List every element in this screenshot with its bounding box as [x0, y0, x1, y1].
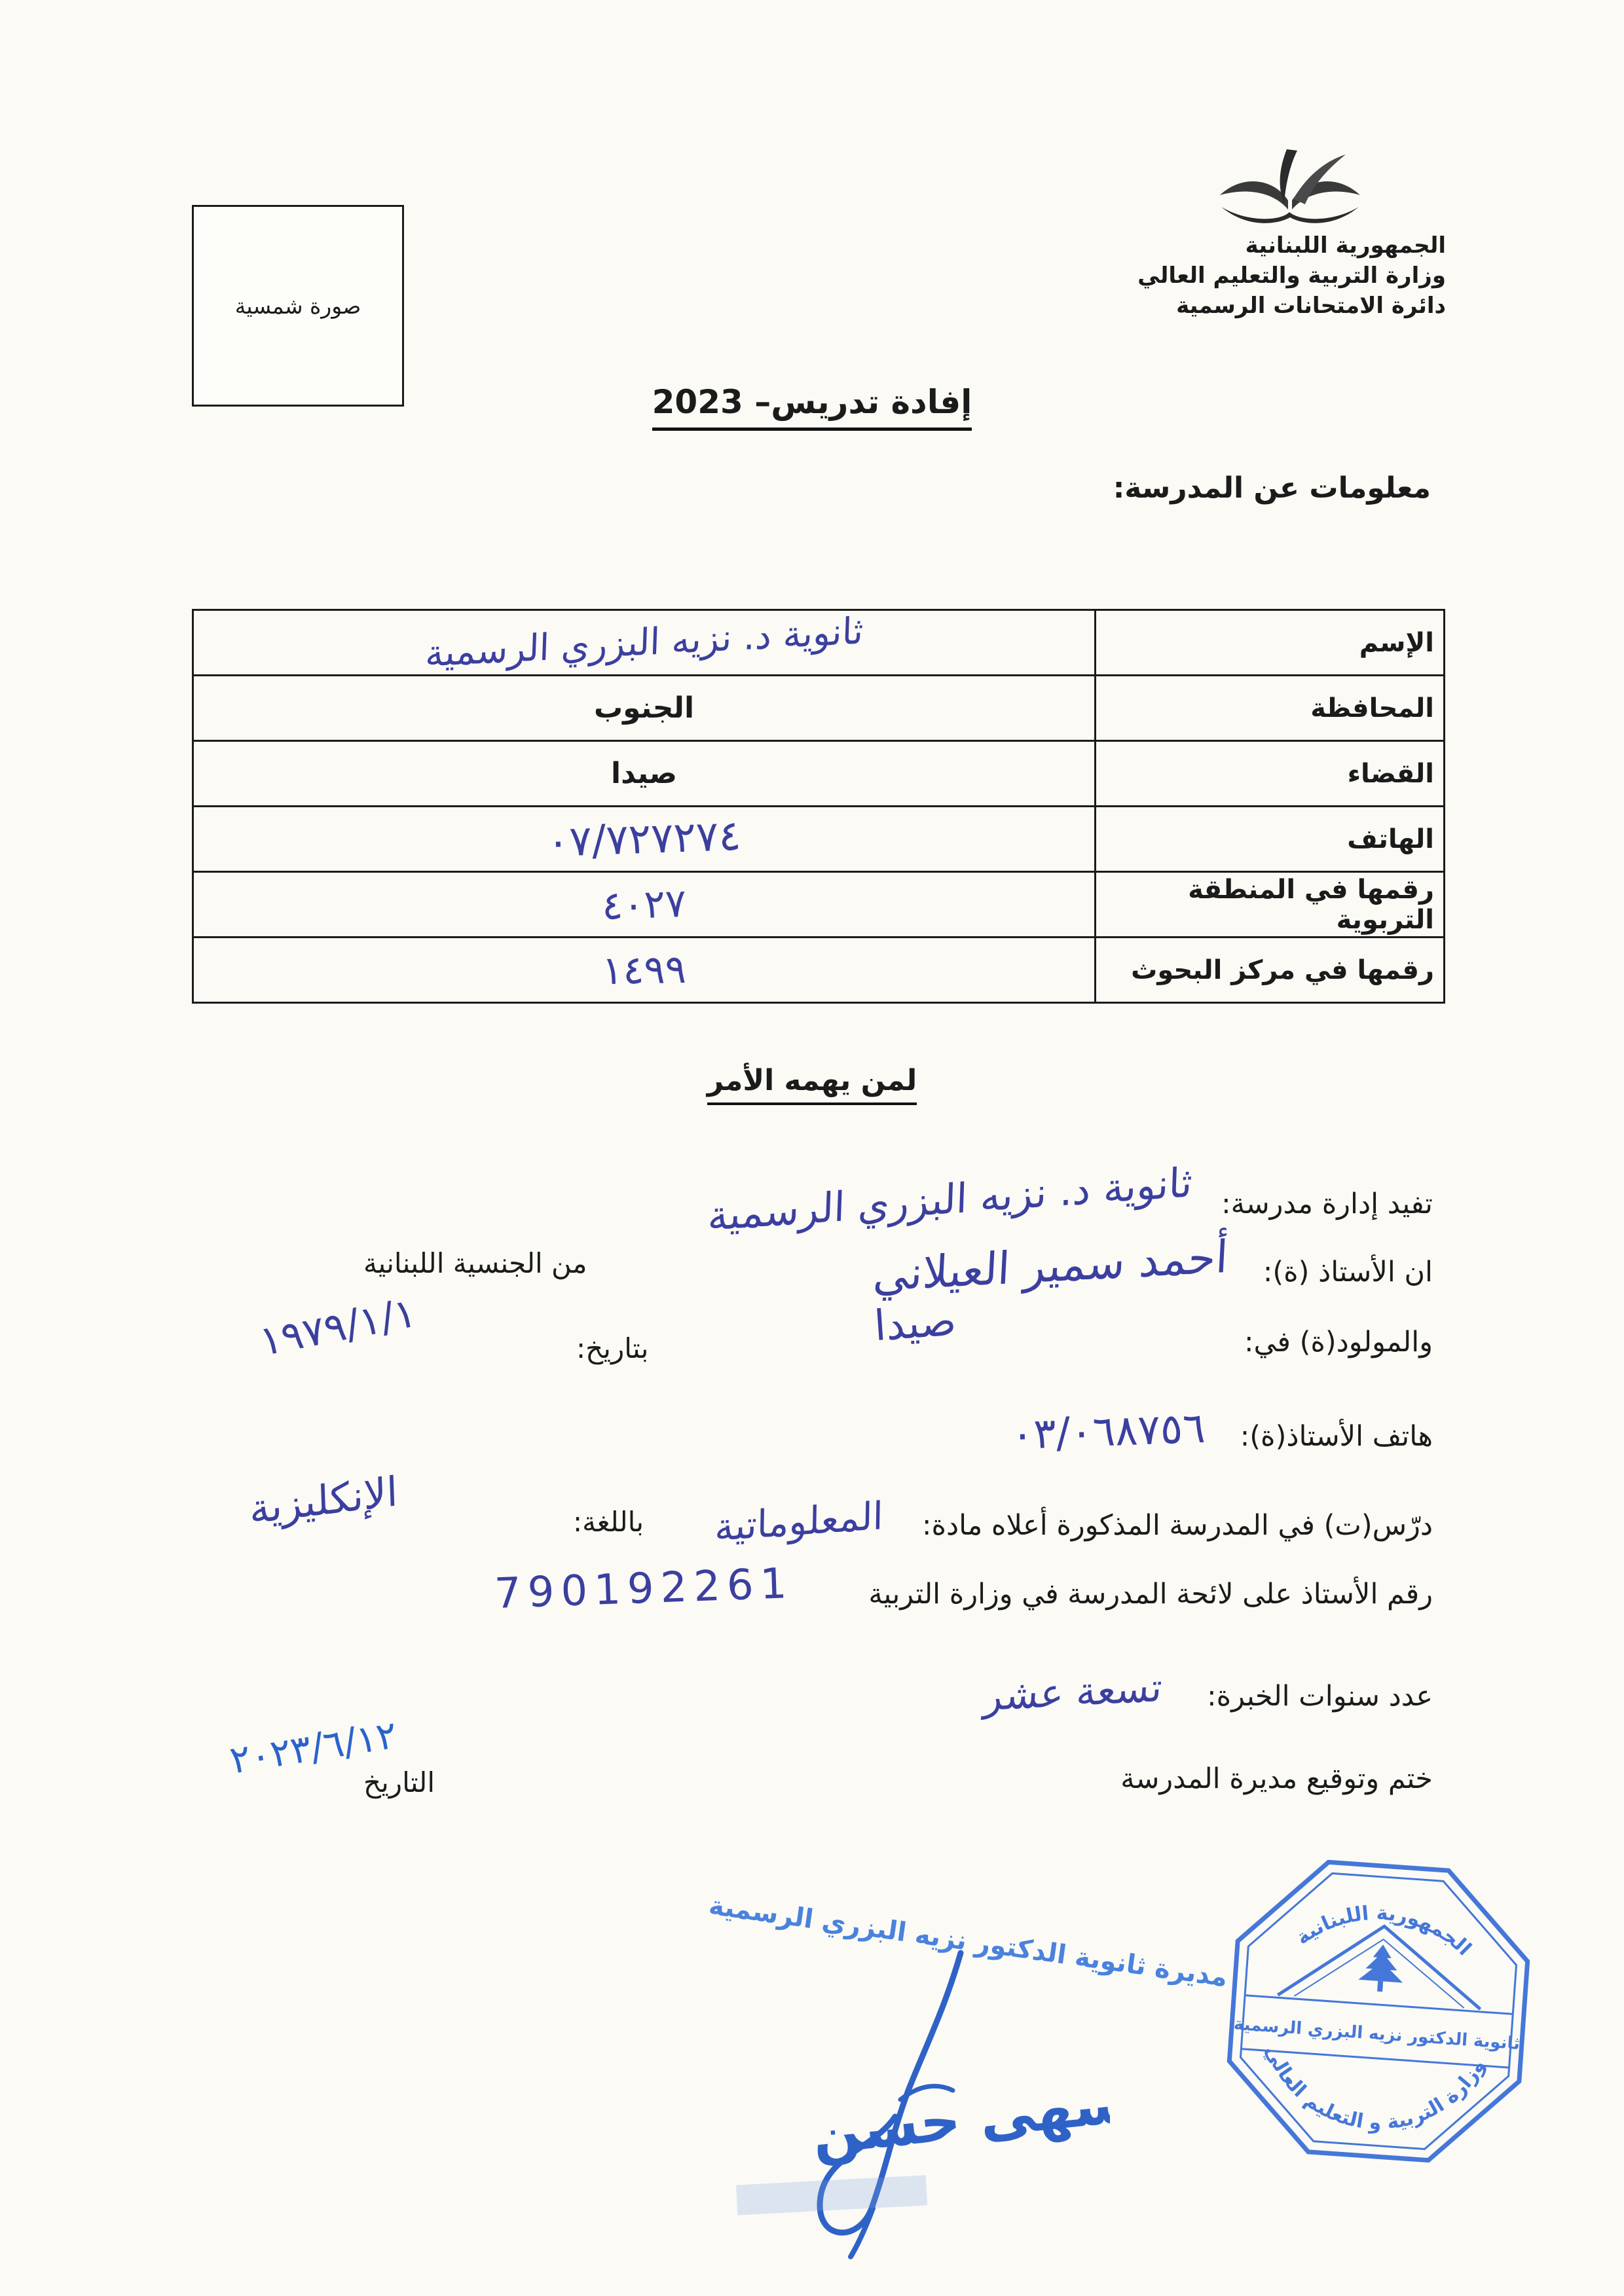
table-row: رقمها في مركز البحوث ١٤٩٩ — [193, 938, 1445, 1003]
birthplace-line: والمولود(ة) في: — [1244, 1326, 1433, 1358]
teacher-phone-label: هاتف الأستاذ(ة): — [1240, 1420, 1433, 1453]
department-line: دائرة الامتحانات الرسمية — [1137, 291, 1446, 321]
experience-line: عدد سنوات الخبرة: تسعة عشر — [984, 1669, 1433, 1715]
handwritten-language: الإنكليزية — [249, 1467, 399, 1533]
republic-line: الجمهورية اللبنانية — [1137, 230, 1446, 261]
handwritten-birthplace: صيدا — [873, 1297, 958, 1351]
certify-school-line: تفيد إدارة مدرسة: ثانوية د. نزيه البزري … — [707, 1175, 1433, 1223]
handwritten-birthdate: ١٩٧٩/١/١ — [255, 1288, 420, 1366]
nationality-text: من الجنسية اللبنانية — [363, 1247, 587, 1279]
row-label-district: القضاء — [1096, 741, 1445, 807]
ministry-line: وزارة التربية والتعليم العالي — [1137, 261, 1446, 291]
seal-bottom-text: وزارة التربية و التعليم العالي — [1255, 2040, 1491, 2142]
handwritten-experience-years: تسعة عشر — [982, 1665, 1163, 1721]
registry-number-label: رقم الأستاذ على لائحة المدرسة في وزارة ا… — [868, 1578, 1433, 1611]
handwritten-registry-number: 790192261 — [494, 1559, 794, 1618]
handwritten-research-number: ١٤٩٩ — [601, 946, 686, 993]
registry-number-line: رقم الأستاذ على لائحة المدرسة في وزارة ا… — [868, 1578, 1433, 1611]
teacher-name-line: ان الأستاذ (ة): أحمد سمير العيلاني — [873, 1241, 1433, 1292]
governorate-value: الجنوب — [594, 691, 694, 725]
teacher-name-label: ان الأستاذ (ة): — [1263, 1256, 1433, 1288]
ministry-book-logo-icon — [1208, 144, 1372, 242]
table-row: القضاء صيدا — [193, 741, 1445, 807]
row-label-phone: الهاتف — [1096, 807, 1445, 872]
row-label-district-number: رقمها في المنطقة التربوية — [1096, 872, 1445, 938]
signature-name-text: سهى حسن — [809, 2069, 1110, 2168]
school-info-heading: معلومات عن المدرسة: — [1113, 471, 1431, 505]
handwritten-school-name-body: ثانوية د. نزيه البزري الرسمية — [707, 1158, 1192, 1240]
district-value: صيدا — [611, 757, 677, 790]
subject-line: درّس(ت) في المدرسة المذكورة أعلاه مادة: … — [714, 1499, 1433, 1544]
language-label: باللغة: — [573, 1506, 644, 1538]
school-info-table: الإسم ثانوية د. نزيه البزري الرسمية المح… — [192, 609, 1445, 1004]
official-octagonal-seal: الجمهورية اللبنانية ثانوية الدكتور نزيه … — [1203, 1830, 1553, 2193]
experience-label: عدد سنوات الخبرة: — [1207, 1680, 1433, 1713]
stamp-signature-label: ختم وتوقيع مديرة المدرسة — [1120, 1762, 1433, 1795]
table-row: المحافظة الجنوب — [193, 676, 1445, 741]
handwritten-school-phone: ٠٧/٧٢٧٢٧٤ — [546, 811, 742, 866]
handwritten-district-number: ٤٠٢٧ — [601, 880, 687, 928]
teacher-phone-line: هاتف الأستاذ(ة): ٠٣/٠٦٨٧٥٦ — [1011, 1408, 1433, 1456]
row-label-governorate: المحافظة — [1096, 676, 1445, 741]
document-title: إفادة تدريس– 2023 — [0, 383, 1624, 421]
handwritten-teacher-name: أحمد سمير العيلاني — [872, 1231, 1229, 1302]
handwritten-school-name: ثانوية د. نزيه البزري الرسمية — [424, 610, 864, 675]
row-label-research-number: رقمها في مركز البحوث — [1096, 938, 1445, 1003]
ministry-header-block: الجمهورية اللبنانية وزارة التربية والتعل… — [1137, 230, 1446, 321]
birthplace-label: والمولود(ة) في: — [1244, 1326, 1433, 1358]
handwritten-subject: المعلوماتية — [714, 1493, 884, 1550]
subject-label: درّس(ت) في المدرسة المذكورة أعلاه مادة: — [922, 1509, 1433, 1542]
handwritten-teacher-phone: ٠٣/٠٦٨٧٥٦ — [1010, 1404, 1206, 1459]
row-label-name: الإسم — [1096, 610, 1445, 676]
to-whom-it-may-concern-heading: لمن يهمه الأمر — [0, 1064, 1624, 1097]
photo-placeholder-label: صورة شمسية — [235, 293, 361, 319]
date-label: التاريخ — [363, 1766, 435, 1798]
certify-school-label: تفيد إدارة مدرسة: — [1221, 1188, 1433, 1220]
table-row: الإسم ثانوية د. نزيه البزري الرسمية — [193, 610, 1445, 676]
svg-text:وزارة التربية و التعليم العالي: وزارة التربية و التعليم العالي — [1255, 2040, 1491, 2142]
table-row: رقمها في المنطقة التربوية ٤٠٢٧ — [193, 872, 1445, 938]
director-signature: سهى حسن — [665, 1948, 1110, 2262]
scanned-document-page: { "colors": { "paper": "#fbfaf5", "print… — [0, 0, 1624, 2296]
birthdate-label: بتاريخ: — [576, 1332, 648, 1364]
photo-placeholder-box: صورة شمسية — [192, 205, 404, 407]
table-row: الهاتف ٠٧/٧٢٧٢٧٤ — [193, 807, 1445, 872]
